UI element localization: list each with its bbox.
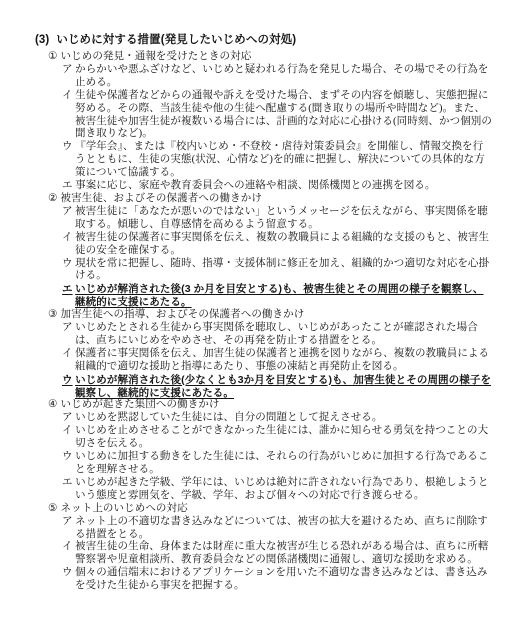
item-label: ウ — [62, 141, 73, 152]
item-label: ウ — [62, 258, 73, 269]
list-item-emphasized: ウいじめが解消された後(少なくとも3か月を目安とする)も、加害生徒とその周囲の様… — [35, 374, 492, 400]
section-title: 被害生徒、およびその保護者への働きかけ — [61, 193, 262, 204]
list-item: ウいじめに加担する動きをした生徒には、それらの行為がいじめに加担する行為であるこ… — [35, 451, 492, 477]
item-label: ア — [62, 322, 73, 333]
list-item: アネット上の不適切な書き込みなどについては、被害の拡大を避けるため、直ちに削除す… — [35, 516, 492, 542]
item-label: エ — [62, 180, 73, 191]
item-text: 保護者に事実関係を伝え、加害生徒の保護者と連携を図りながら、複数の教職員による組… — [75, 348, 489, 372]
section-title: いじめが起きた集団への働きかけ — [61, 399, 220, 410]
section-1: ①いじめの発見・通報を受けたときの対応 アからかいや悪ふざけなど、いじめと疑われ… — [35, 51, 492, 193]
item-text: いじめに加担する動きをした生徒には、それらの行為がいじめに加担する行為であること… — [75, 451, 489, 475]
item-text: 生徒や保護者などからの通報や訴えを受けた場合、まずその内容を傾聴し、実態把握に努… — [75, 90, 492, 140]
section-title: いじめの発見・通報を受けたときの対応 — [61, 51, 252, 62]
item-text: いじめたとされる生徒から事実関係を聴取し、いじめがあったことが確認された場合は、… — [75, 322, 478, 346]
section-3: ③加害生徒への指導、およびその保護者への働きかけ アいじめたとされる生徒から事実… — [35, 309, 492, 399]
item-text: 被害生徒の生命、身体または財産に重大な被害が生じる恐れがある場合は、直ちに所轄警… — [75, 541, 489, 565]
item-text: 事案に応じ、家庭や教育委員会への連絡や相談、関係機関との連携を図る。 — [75, 180, 435, 191]
section-title: ネット上のいじめへの対応 — [61, 503, 188, 514]
section-header: ⑤ネット上のいじめへの対応 — [35, 503, 492, 516]
item-text: からかいや悪ふざけなど、いじめと疑われる行為を発見した場合、その場でその行為を止… — [75, 64, 489, 88]
item-label: ア — [62, 412, 73, 423]
list-item: エいじめが起きた学級、学年には、いじめは絶対に許されない行為であり、根絶しようと… — [35, 477, 492, 503]
list-item: アいじめたとされる生徒から事実関係を聴取し、いじめがあったことが確認された場合は… — [35, 322, 492, 348]
list-item: イ保護者に事実関係を伝え、加害生徒の保護者と連携を図りながら、複数の教職員による… — [35, 348, 492, 374]
item-text: 現状を常に把握し、随時、指導・支援体制に修正を加え、組織的かつ適切な対応を心掛け… — [75, 258, 489, 282]
item-label: イ — [62, 425, 73, 436]
list-item: アからかいや悪ふざけなど、いじめと疑われる行為を発見した場合、その場でその行為を… — [35, 64, 492, 90]
section-number: ② — [48, 193, 58, 204]
item-label: イ — [62, 90, 73, 101]
section-number: ⑤ — [48, 503, 58, 514]
document-page: (3)いじめに対する措置(発見したいじめへの対処) ①いじめの発見・通報を受けた… — [0, 0, 521, 620]
list-item-emphasized: エいじめが解消された後(3 か月を目安とする)も、被害生徒とその周囲の様子を観察… — [35, 283, 492, 309]
item-label: エ — [62, 477, 73, 488]
heading-number: (3) — [35, 34, 49, 46]
item-label: イ — [62, 232, 73, 243]
heading-title: いじめに対する措置(発見したいじめへの対処) — [56, 34, 296, 46]
section-number: ③ — [48, 309, 58, 320]
section-header: ②被害生徒、およびその保護者への働きかけ — [35, 193, 492, 206]
list-item: ウ現状を常に把握し、随時、指導・支援体制に修正を加え、組織的かつ適切な対応を心掛… — [35, 258, 492, 284]
list-item: イ生徒や保護者などからの通報や訴えを受けた場合、まずその内容を傾聴し、実態把握に… — [35, 90, 492, 142]
list-item: イ被害生徒の保護者に事実関係を伝え、複数の教職員による組織的な支援のもと、被害生… — [35, 232, 492, 258]
item-text: いじめが解消された後(少なくとも3か月を目安とする)も、加害生徒とその周囲の様子… — [75, 374, 491, 399]
list-item: アいじめを黙認していた生徒には、自分の問題として捉えさせる。 — [35, 412, 492, 425]
list-item: ウ『学年会』、または『校内いじめ・不登校・虐待対策委員会』を開催し、情報交換を行… — [35, 141, 492, 180]
item-text: いじめを黙認していた生徒には、自分の問題として捉えさせる。 — [75, 412, 382, 423]
section-title: 加害生徒への指導、およびその保護者への働きかけ — [61, 309, 305, 320]
item-text: 『学年会』、または『校内いじめ・不登校・虐待対策委員会』を開催し、情報交換を行う… — [75, 141, 485, 178]
item-text: いじめが解消された後(3 か月を目安とする)も、被害生徒とその周囲の様子を観察し… — [75, 283, 483, 308]
list-item: エ事案に応じ、家庭や教育委員会への連絡や相談、関係機関との連携を図る。 — [35, 180, 492, 193]
item-text: いじめが起きた学級、学年には、いじめは絶対に許されない行為であり、根絶しようとい… — [75, 477, 489, 501]
item-text: 被害生徒に「あなたが悪いのではない」というメッセージを伝えながら、事実関係を聴取… — [75, 206, 488, 230]
section-header: ④いじめが起きた集団への働きかけ — [35, 399, 492, 412]
item-label: ウ — [62, 451, 73, 462]
item-text: いじめを止めさせることができなかった生徒には、誰かに知らせる勇気を持つことの大切… — [75, 425, 488, 449]
section-4: ④いじめが起きた集団への働きかけ アいじめを黙認していた生徒には、自分の問題とし… — [35, 399, 492, 502]
section-number: ① — [48, 51, 58, 62]
list-item: ア被害生徒に「あなたが悪いのではない」というメッセージを伝えながら、事実関係を聴… — [35, 206, 492, 232]
list-item: ウ個々の通信端末におけるアプリケーションを用いた不適切な書き込みなどは、書き込み… — [35, 567, 492, 593]
item-label: イ — [62, 348, 73, 359]
item-label: ア — [62, 64, 73, 75]
item-label: ウ — [62, 374, 73, 386]
item-label: ウ — [62, 567, 73, 578]
item-label: エ — [62, 283, 73, 295]
section-heading: (3)いじめに対する措置(発見したいじめへの対処) — [35, 33, 492, 47]
item-label: イ — [62, 541, 73, 552]
item-label: ア — [62, 516, 73, 527]
item-label: ア — [62, 206, 73, 217]
item-text: ネット上の不適切な書き込みなどについては、被害の拡大を避けるため、直ちに削除する… — [75, 516, 488, 540]
list-item: イ被害生徒の生命、身体または財産に重大な被害が生じる恐れがある場合は、直ちに所轄… — [35, 541, 492, 567]
item-text: 個々の通信端末におけるアプリケーションを用いた不適切な書き込みなどは、書き込みを… — [75, 567, 487, 591]
section-header: ①いじめの発見・通報を受けたときの対応 — [35, 51, 492, 64]
section-header: ③加害生徒への指導、およびその保護者への働きかけ — [35, 309, 492, 322]
section-2: ②被害生徒、およびその保護者への働きかけ ア被害生徒に「あなたが悪いのではない」… — [35, 193, 492, 309]
section-5: ⑤ネット上のいじめへの対応 アネット上の不適切な書き込みなどについては、被害の拡… — [35, 503, 492, 593]
list-item: イいじめを止めさせることができなかった生徒には、誰かに知らせる勇気を持つことの大… — [35, 425, 492, 451]
item-text: 被害生徒の保護者に事実関係を伝え、複数の教職員による組織的な支援のもと、被害生徒… — [75, 232, 489, 256]
section-number: ④ — [48, 399, 58, 410]
